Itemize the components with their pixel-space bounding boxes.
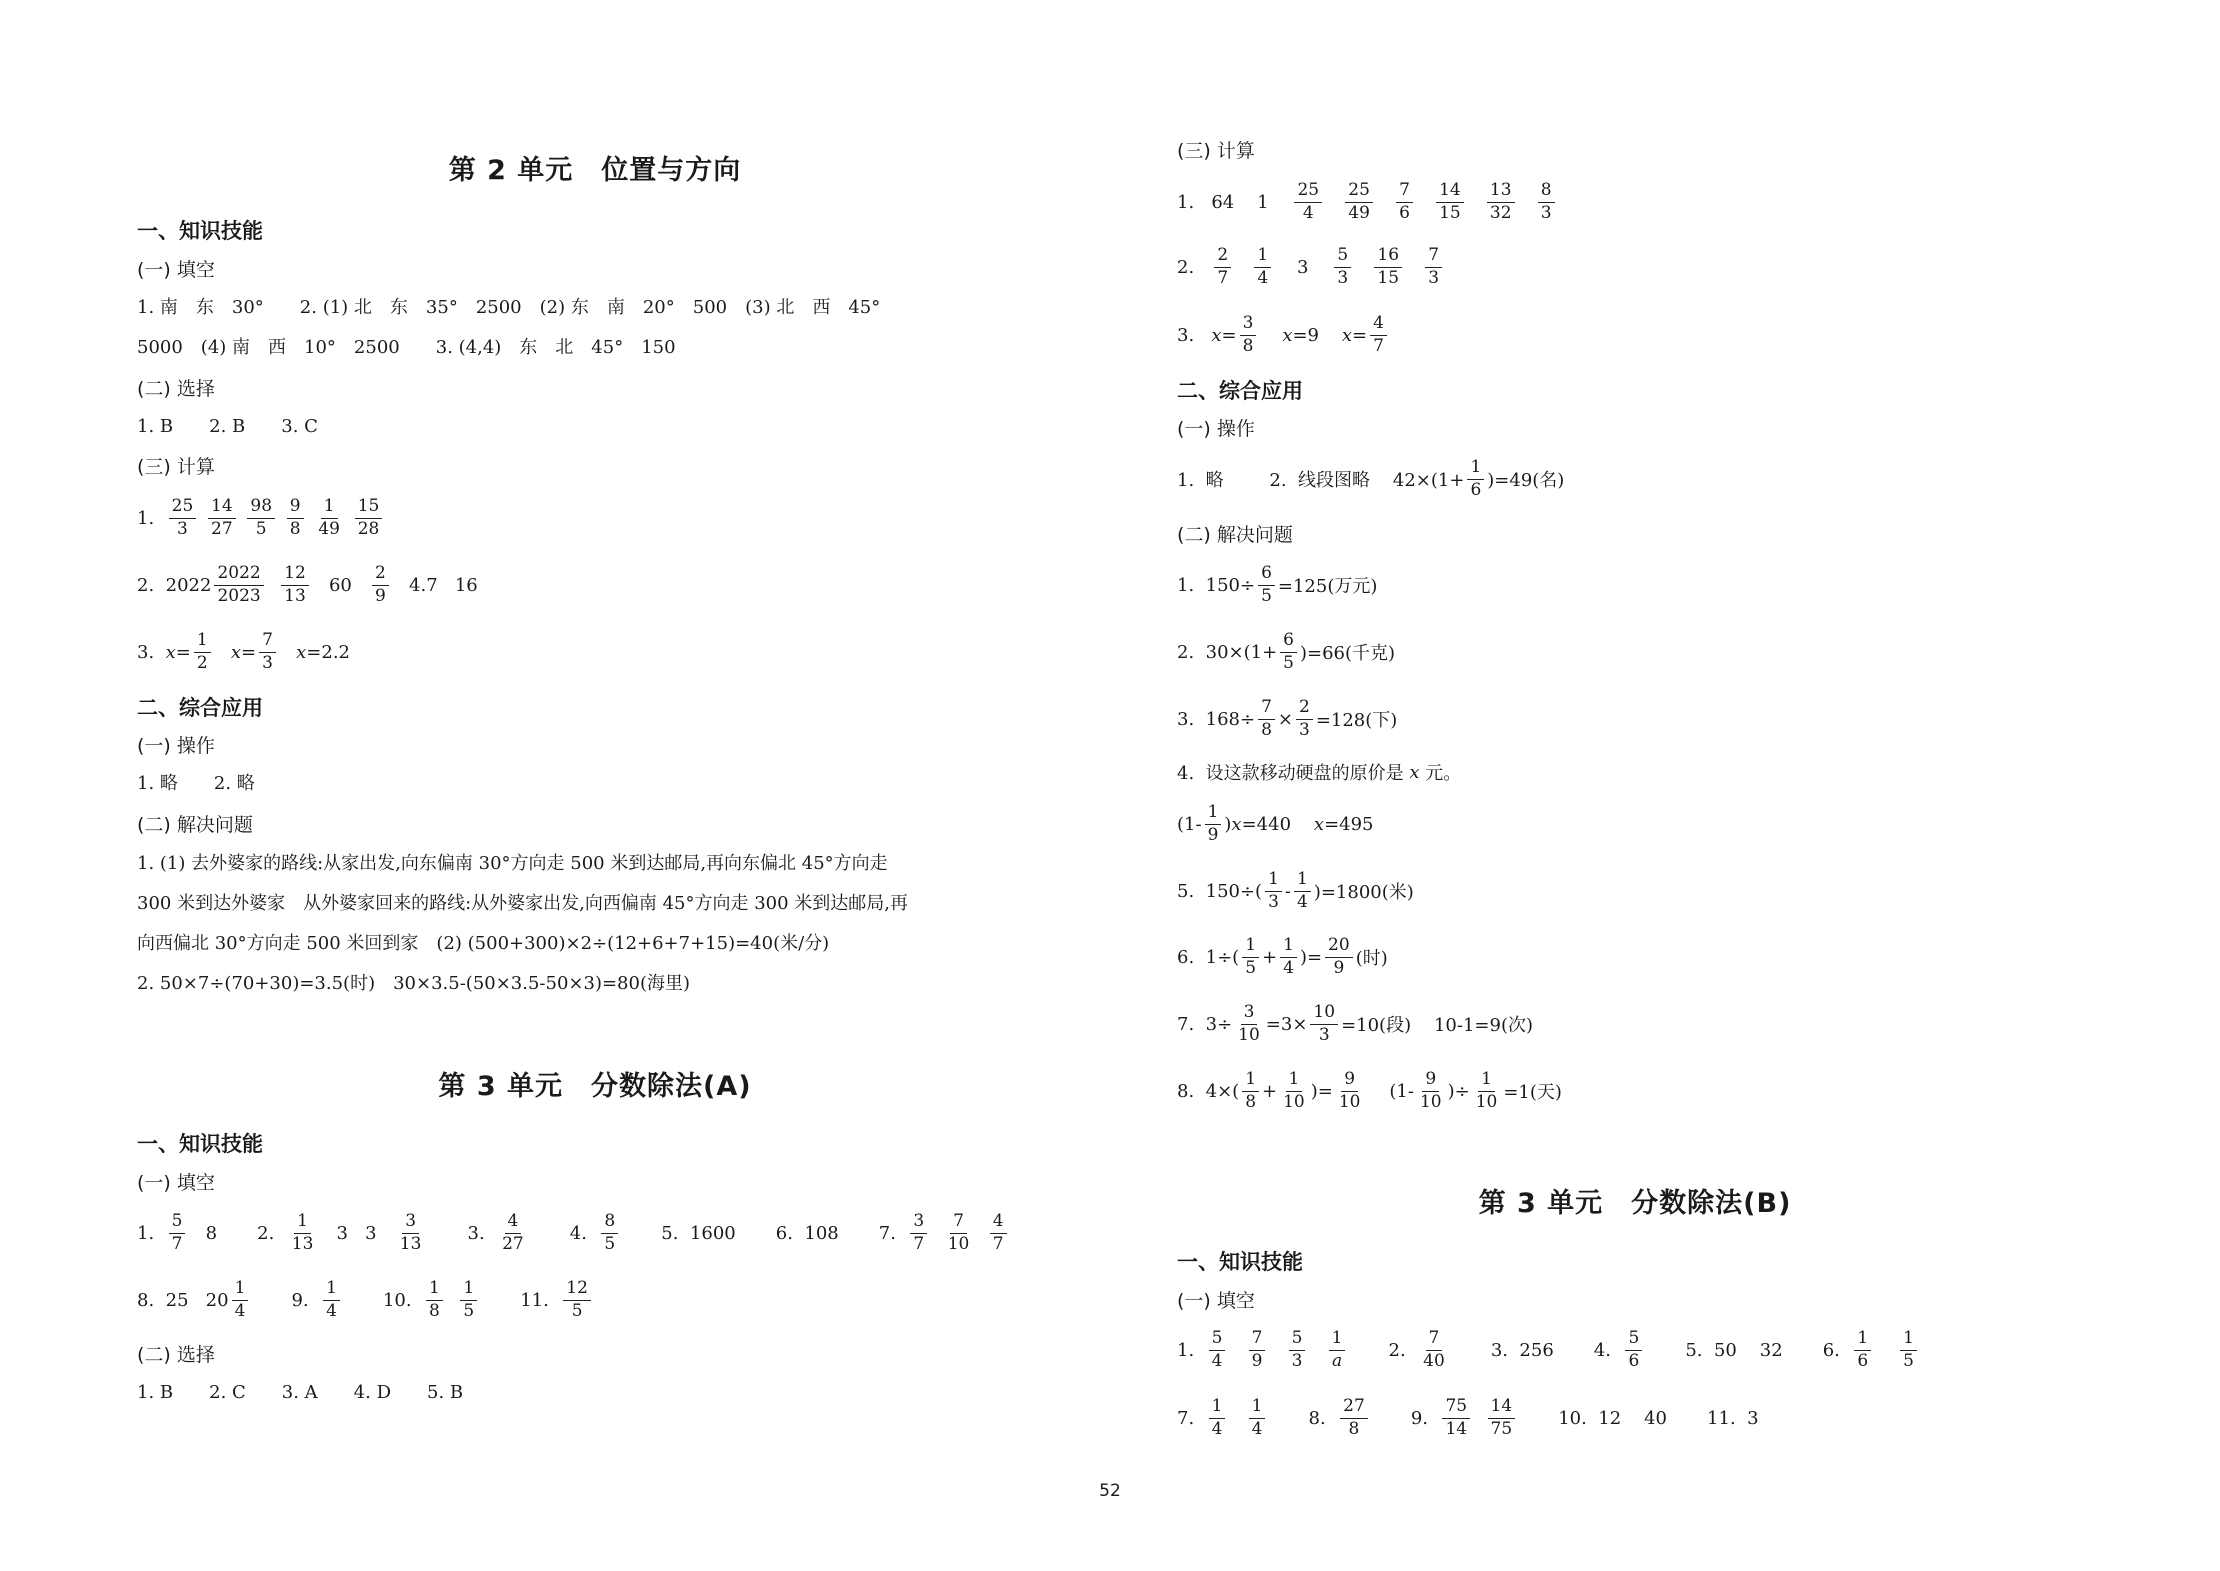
fraction: 79 [1249, 1329, 1266, 1371]
math-text: 3 [1274, 257, 1331, 278]
unit2-calc-line-2: 2. 202220222023 1213 60 29 4.7 16 [137, 557, 478, 613]
fraction-numerator: 4 [990, 1212, 1007, 1234]
unit2-fill-line-1: 1. 南 东 30° 2. (1) 北 东 35° 2500 (2) 东 南 2… [137, 292, 880, 320]
fraction-denominator: 5 [1900, 1351, 1917, 1372]
fraction: 910 [1417, 1070, 1445, 1112]
unit2-calc-line-1: 1. 253 1427 985 98 149 1528 [137, 490, 385, 546]
fraction: 73 [259, 631, 276, 673]
fraction-numerator: 15 [355, 497, 383, 519]
math-text [1228, 1408, 1245, 1429]
math-variable: x [166, 642, 176, 663]
unit2-section-application: 二、综合应用 [137, 692, 263, 722]
math-text: =3× [1266, 1014, 1308, 1035]
math-text: 8 2. [188, 1223, 285, 1244]
fraction: 15 [460, 1279, 477, 1321]
fraction-denominator: 13 [397, 1234, 425, 1255]
fraction-numerator: 5 [169, 1212, 186, 1234]
fraction: 985 [247, 497, 275, 539]
fraction-denominator: 49 [315, 519, 343, 540]
fraction-numerator: 3 [402, 1212, 419, 1234]
unit2-fill-heading: (一) 填空 [137, 255, 215, 282]
fraction: 149 [315, 497, 343, 539]
fraction-numerator: 8 [1538, 181, 1555, 203]
fraction-numerator: 25 [169, 497, 197, 519]
fraction: 15 [1242, 936, 1259, 978]
math-text [1228, 1340, 1245, 1361]
fraction: 14 [1209, 1397, 1226, 1439]
math-text: =9 [1292, 325, 1341, 346]
math-text [214, 642, 231, 663]
fraction-numerator: 1 [1242, 1070, 1259, 1092]
math-text: )=66(千克) [1300, 639, 1395, 665]
unit3a-fill-heading: (一) 填空 [137, 1168, 215, 1195]
fraction: 12 [194, 631, 211, 673]
unit3b-title: 第 3 单元 分数除法(B) [1479, 1181, 1792, 1220]
fraction-denominator: 10 [1473, 1092, 1501, 1113]
fraction-denominator: 5 [569, 1301, 586, 1322]
unit2-operation-heading: (一) 操作 [137, 731, 215, 758]
fraction-numerator: 2 [1296, 698, 1313, 720]
math-text: =1(天) [1503, 1078, 1562, 1104]
fraction-denominator: 5 [253, 519, 270, 540]
unit2-solve-line-2: 300 米到达外婆家 从外婆家回来的路线:从外婆家出发,向西偏南 45°方向走 … [137, 888, 908, 916]
fraction: 7514 [1442, 1397, 1470, 1439]
math-text: 4. 设这款移动硬盘的原价是 [1177, 759, 1409, 785]
math-text [1874, 1340, 1897, 1361]
math-text: 7. 3÷ [1177, 1014, 1232, 1035]
fraction-numerator: 25 [1294, 181, 1322, 203]
fraction-denominator: 8 [1258, 720, 1275, 741]
math-text: 8. 4×( [1177, 1081, 1239, 1102]
fraction-denominator: 4 [1280, 958, 1297, 979]
unit3b-fill-line-1: 1. 54 79 53 1a 2. 740 3. 256 4. 56 5. 50… [1177, 1322, 1920, 1378]
math-text: 5. 1600 6. 108 7. [621, 1223, 907, 1244]
fraction-numerator: 75 [1442, 1397, 1470, 1419]
fraction-denominator: 8 [1242, 1092, 1259, 1113]
fraction-numerator: 12 [281, 564, 309, 586]
fraction-numerator: 98 [247, 497, 275, 519]
fraction-numerator: 1 [1280, 936, 1297, 958]
fraction-numerator: 1 [1329, 1329, 1346, 1351]
math-text: 5. 150÷( [1177, 881, 1262, 902]
fraction-numerator: 16 [1374, 246, 1402, 268]
math-variable: x [231, 642, 241, 663]
fraction-numerator: 1 [1467, 458, 1484, 480]
unit3a-section-knowledge-skills: 一、知识技能 [137, 1128, 263, 1158]
fraction-denominator: 10 [1280, 1092, 1308, 1113]
fraction-numerator: 1 [294, 1212, 311, 1234]
math-text: 60 [312, 575, 369, 596]
math-text [307, 508, 313, 529]
fraction: 76 [1396, 181, 1413, 223]
fraction: 740 [1420, 1329, 1448, 1371]
fraction-numerator: 1 [1242, 936, 1259, 958]
fraction-denominator: 10 [1417, 1092, 1445, 1113]
fraction-numerator: 1 [1254, 246, 1271, 268]
math-text: ) [1224, 814, 1231, 835]
fraction-denominator: 3 [259, 653, 276, 674]
fraction-denominator: 13 [281, 586, 309, 607]
fraction: 910 [1336, 1070, 1364, 1112]
math-text: (1- [1367, 1081, 1414, 1102]
math-text: 4.7 16 [392, 575, 478, 596]
fraction: 1a [1329, 1329, 1346, 1371]
fraction-denominator: 27 [499, 1234, 527, 1255]
math-text: )=1800(米) [1314, 878, 1414, 904]
fraction-denominator: 14 [1442, 1419, 1470, 1440]
fraction-denominator: 9 [1330, 958, 1347, 979]
math-text: 8. [1268, 1408, 1337, 1429]
fraction: 27 [1214, 246, 1231, 288]
math-text: 1. 150÷ [1177, 575, 1255, 596]
math-text: (1- [1177, 814, 1202, 835]
fraction-numerator: 5 [1334, 246, 1351, 268]
math-text: )÷ [1448, 1081, 1470, 1102]
fraction: 1528 [355, 497, 383, 539]
fraction-denominator: 10 [1235, 1025, 1263, 1046]
fraction-numerator: 7 [1396, 181, 1413, 203]
fraction-denominator: 4 [323, 1301, 340, 1322]
unit3a-solve-line-8: 8. 4×(18+110)=910 (1-910)÷110=1(天) [1177, 1063, 1562, 1119]
fraction-numerator: 27 [1340, 1397, 1368, 1419]
fraction-denominator: 8 [1346, 1419, 1363, 1440]
unit3a-solve-line-6: 6. 1÷(15+14)=209(时) [1177, 929, 1388, 985]
math-text: 4. [530, 1223, 599, 1244]
math-variable: x [1211, 325, 1221, 346]
math-variable: x [1409, 762, 1419, 783]
fraction: 710 [945, 1212, 973, 1254]
fraction-numerator: 14 [208, 497, 236, 519]
fraction-denominator: 3 [1334, 268, 1351, 289]
fraction: 38 [1240, 314, 1257, 356]
fraction: 14 [1249, 1397, 1266, 1439]
fraction: 18 [426, 1279, 443, 1321]
fraction-denominator: 13 [289, 1234, 317, 1255]
fraction: 254 [1294, 181, 1322, 223]
math-text: 9. [1371, 1408, 1440, 1429]
math-text: 2. 2022 [137, 575, 211, 596]
math-text: 1. [137, 1223, 166, 1244]
unit3a-calc-line-1: 1. 64 1 254 2549 76 1415 1332 83 [1177, 174, 1558, 230]
fraction-denominator: 15 [1436, 203, 1464, 224]
fraction-denominator: 4 [232, 1301, 249, 1322]
unit2-calc-heading: (三) 计算 [137, 452, 215, 479]
fraction-numerator: 3 [910, 1212, 927, 1234]
math-text [930, 1223, 941, 1244]
math-text [239, 508, 245, 529]
fraction-denominator: 9 [372, 586, 389, 607]
fraction: 113 [289, 1212, 317, 1254]
math-text [199, 508, 205, 529]
fraction-denominator: 3 [1538, 203, 1555, 224]
fraction-denominator: 7 [1214, 268, 1231, 289]
fraction: 15 [1900, 1329, 1917, 1371]
math-text: )= [1300, 947, 1322, 968]
fraction-numerator: 9 [1341, 1070, 1358, 1092]
unit2-choice-answers: 1. B 2. B 3. C [137, 411, 318, 439]
unit3b-fill-heading: (一) 填空 [1177, 1286, 1255, 1313]
fraction: 14 [1294, 870, 1311, 912]
unit3a-fill-line-2: 8. 25 2014 9. 14 10. 18 15 11. 125 [137, 1272, 594, 1328]
fraction-numerator: 1 [321, 497, 338, 519]
math-text: 1. 64 1 [1177, 192, 1291, 213]
fraction-numerator: 10 [1310, 1003, 1338, 1025]
fraction-denominator: 4 [1209, 1419, 1226, 1440]
unit3a-section-application: 二、综合应用 [1177, 375, 1303, 405]
math-text: =125(万元) [1278, 572, 1377, 598]
fraction-numerator: 1 [1249, 1397, 1266, 1419]
math-text [446, 1290, 457, 1311]
fraction-numerator: 1 [460, 1279, 477, 1301]
fraction: 65 [1280, 631, 1297, 673]
math-text: 3 3 [319, 1223, 393, 1244]
math-variable: x [1314, 814, 1324, 835]
unit3b-section-knowledge-skills: 一、知识技能 [1177, 1246, 1303, 1276]
fraction-denominator: 3 [1425, 268, 1442, 289]
fraction: 20222023 [214, 564, 263, 606]
fraction-denominator: 4 [1294, 892, 1311, 913]
fraction-denominator: 9 [1249, 1351, 1266, 1372]
math-text [346, 508, 352, 529]
fraction: 209 [1325, 936, 1353, 978]
fraction-numerator: 14 [1488, 1397, 1516, 1419]
unit2-title: 第 2 单元 位置与方向 [449, 148, 742, 187]
fraction-denominator: 3 [1316, 1025, 1333, 1046]
math-variable: x [1342, 325, 1352, 346]
unit2-solve-line-4: 2. 50×7÷(70+30)=3.5(时) 30×3.5-(50×3.5-50… [137, 968, 690, 996]
math-text: 1. 略 2. 线段图略 42×(1+ [1177, 466, 1464, 492]
fraction: 110 [1473, 1070, 1501, 1112]
fraction-denominator: 4 [1209, 1351, 1226, 1372]
math-text [278, 508, 284, 529]
math-text: = [1222, 325, 1237, 346]
fraction: 53 [1289, 1329, 1306, 1371]
fraction-denominator: 4 [1249, 1419, 1266, 1440]
fraction-numerator: 1 [323, 1279, 340, 1301]
unit3a-fill-line-1: 1. 57 8 2. 113 3 3 313 3. 427 4. 85 5. 1… [137, 1205, 1010, 1261]
fraction-numerator: 9 [1422, 1070, 1439, 1092]
math-text [1268, 1340, 1285, 1361]
fraction: 78 [1258, 698, 1275, 740]
math-text: 11. [480, 1290, 560, 1311]
fraction-denominator: 7 [1370, 336, 1387, 357]
fraction: 98 [287, 497, 304, 539]
fraction: 1213 [281, 564, 309, 606]
fraction-denominator: 3 [174, 519, 191, 540]
unit2-calc-line-3: 3. x=12 x=73 x=2.2 [137, 624, 350, 680]
fraction-denominator: 8 [426, 1301, 443, 1322]
math-text: )=49(名) [1487, 466, 1564, 492]
math-text: 9. [251, 1290, 320, 1311]
fraction: 14 [1280, 936, 1297, 978]
fraction: 313 [397, 1212, 425, 1254]
fraction-denominator: 5 [1258, 586, 1275, 607]
unit3a-solve-line-4: 4. 设这款移动硬盘的原价是 x 元。 [1177, 744, 1461, 800]
fraction-numerator: 7 [1258, 698, 1275, 720]
math-text [1308, 1340, 1325, 1361]
fraction: 83 [1538, 181, 1555, 223]
fraction: 56 [1625, 1329, 1642, 1371]
math-text: =10(段) 10-1=9(次) [1341, 1011, 1533, 1037]
math-variable: x [296, 642, 306, 663]
unit3a-calc-line-3: 3. x=38 x=9 x=47 [1177, 307, 1390, 363]
fraction-denominator: 5 [460, 1301, 477, 1322]
fraction-numerator: 7 [1426, 1329, 1443, 1351]
fraction-denominator: 10 [945, 1234, 973, 1255]
unit3b-fill-line-2: 7. 14 14 8. 278 9. 7514 1475 10. 12 40 1… [1177, 1390, 1759, 1446]
math-text: (时) [1356, 944, 1388, 970]
math-text: 10. 12 40 11. 3 [1518, 1408, 1758, 1429]
math-text: = [1352, 325, 1367, 346]
fraction: 1332 [1487, 181, 1515, 223]
fraction-numerator: 2 [372, 564, 389, 586]
fraction-denominator: 9 [1205, 825, 1222, 846]
fraction-denominator: 6 [1467, 480, 1484, 501]
fraction: 125 [563, 1279, 591, 1321]
unit2-operation-answers: 1. 略 2. 略 [137, 768, 255, 796]
math-text [1473, 1408, 1484, 1429]
fraction-denominator: 6 [1625, 1351, 1642, 1372]
unit3a-calc-heading: (三) 计算 [1177, 136, 1255, 163]
fraction: 54 [1209, 1329, 1226, 1371]
fraction-numerator: 5 [1289, 1329, 1306, 1351]
fraction-denominator: 3 [1265, 892, 1282, 913]
math-text: 7. [1177, 1408, 1206, 1429]
fraction-denominator: 2023 [214, 586, 263, 607]
math-text: 2. [1177, 257, 1211, 278]
fraction: 29 [372, 564, 389, 606]
fraction-denominator: 49 [1345, 203, 1373, 224]
fraction-numerator: 4 [505, 1212, 522, 1234]
fraction: 37 [910, 1212, 927, 1254]
unit3a-solve-line-1: 1. 150÷65=125(万元) [1177, 557, 1377, 613]
fraction-numerator: 1 [1265, 870, 1282, 892]
fraction-denominator: 4 [1300, 203, 1317, 224]
math-text: 6. 1÷( [1177, 947, 1239, 968]
fraction-numerator: 1 [1854, 1329, 1871, 1351]
math-text [1259, 325, 1282, 346]
math-text: =495 [1324, 814, 1373, 835]
fraction-numerator: 7 [1425, 246, 1442, 268]
fraction: 14 [323, 1279, 340, 1321]
fraction-numerator: 6 [1258, 564, 1275, 586]
fraction-numerator: 25 [1345, 181, 1373, 203]
math-text: = [176, 642, 191, 663]
unit2-fill-line-2: 5000 (4) 南 西 10° 2500 3. (4,4) 东 北 45° 1… [137, 332, 676, 360]
fraction: 1615 [1374, 246, 1402, 288]
math-text: 元。 [1420, 759, 1462, 785]
unit3a-solve-line-3: 3. 168÷78×23=128(下) [1177, 691, 1397, 747]
fraction-numerator: 2022 [214, 564, 263, 586]
fraction-denominator: 2 [194, 653, 211, 674]
math-text [1405, 257, 1422, 278]
fraction-numerator: 1 [1205, 803, 1222, 825]
fraction-denominator: 75 [1488, 1419, 1516, 1440]
math-text: + [1262, 947, 1277, 968]
unit3a-calc-line-2: 2. 27 14 3 53 1615 73 [1177, 239, 1445, 295]
math-variable: x [1282, 325, 1292, 346]
fraction: 1427 [208, 497, 236, 539]
fraction-numerator: 2 [1214, 246, 1231, 268]
unit3a-operation-answers: 1. 略 2. 线段图略 42×(1+16)=49(名) [1177, 451, 1564, 507]
fraction: 19 [1205, 803, 1222, 845]
fraction-numerator: 5 [1625, 1329, 1642, 1351]
math-text: = [241, 642, 256, 663]
fraction-numerator: 13 [1487, 181, 1515, 203]
unit3a-solve-heading: (二) 解决问题 [1177, 520, 1293, 547]
math-text [1416, 192, 1433, 213]
fraction: 65 [1258, 564, 1275, 606]
math-text: =2.2 [306, 642, 350, 663]
unit3a-choice-answers: 1. B 2. C 3. A 4. D 5. B [137, 1377, 463, 1405]
math-text: 1. [1177, 1340, 1206, 1361]
unit2-solve-line-3: 向西偏北 30°方向走 500 米回到家 (2) (500+300)×2÷(12… [137, 928, 829, 956]
fraction-numerator: 1 [1286, 1070, 1303, 1092]
math-text: - [1285, 881, 1291, 902]
math-text: 3. 256 4. [1451, 1340, 1623, 1361]
fraction-denominator: 5 [601, 1234, 618, 1255]
fraction: 110 [1280, 1070, 1308, 1112]
fraction: 310 [1235, 1003, 1263, 1045]
math-text: 3. 168÷ [1177, 709, 1255, 730]
unit2-section-knowledge-skills: 一、知识技能 [137, 215, 263, 245]
fraction-denominator: 40 [1420, 1351, 1448, 1372]
fraction-numerator: 20 [1325, 936, 1353, 958]
fraction-numerator: 1 [1478, 1070, 1495, 1092]
fraction-denominator: 7 [910, 1234, 927, 1255]
fraction-numerator: 1 [232, 1279, 249, 1301]
math-text [1234, 257, 1251, 278]
fraction-denominator: 6 [1854, 1351, 1871, 1372]
unit3a-solve-line-5: 5. 150÷(13-14)=1800(米) [1177, 863, 1414, 919]
fraction-numerator: 4 [1370, 314, 1387, 336]
fraction-numerator: 7 [950, 1212, 967, 1234]
fraction-denominator: 3 [1296, 720, 1313, 741]
fraction: 47 [1370, 314, 1387, 356]
fraction-numerator: 9 [287, 497, 304, 519]
math-text [1467, 192, 1484, 213]
unit3a-title: 第 3 单元 分数除法(A) [438, 1064, 751, 1103]
fraction: 57 [169, 1212, 186, 1254]
fraction-denominator: 6 [1396, 203, 1413, 224]
fraction: 47 [990, 1212, 1007, 1254]
fraction-numerator: 6 [1280, 631, 1297, 653]
fraction: 23 [1296, 698, 1313, 740]
unit2-solve-line-1: 1. (1) 去外婆家的路线:从家出发,向东偏南 30°方向走 500 米到达邮… [137, 848, 888, 876]
math-text [1354, 257, 1371, 278]
fraction-numerator: 1 [194, 631, 211, 653]
unit3a-solve-line-4-equation: (1-19)x=440 x=495 [1177, 796, 1374, 852]
fraction-denominator: 4 [1254, 268, 1271, 289]
fraction-denominator: 15 [1374, 268, 1402, 289]
fraction-numerator: 7 [1249, 1329, 1266, 1351]
fraction-denominator: 8 [287, 519, 304, 540]
fraction-denominator: 10 [1336, 1092, 1364, 1113]
unit2-solve-heading: (二) 解决问题 [137, 810, 253, 837]
fraction-numerator: 14 [1436, 181, 1464, 203]
fraction: 2549 [1345, 181, 1373, 223]
fraction-numerator: 7 [259, 631, 276, 653]
fraction: 85 [601, 1212, 618, 1254]
math-text [1518, 192, 1535, 213]
fraction-numerator: 8 [601, 1212, 618, 1234]
unit2-choice-heading: (二) 选择 [137, 374, 215, 401]
math-text [279, 642, 296, 663]
math-text: 10. [343, 1290, 423, 1311]
math-text: 5. 50 32 6. [1645, 1340, 1851, 1361]
fraction: 16 [1467, 458, 1484, 500]
fraction-numerator: 5 [1209, 1329, 1226, 1351]
